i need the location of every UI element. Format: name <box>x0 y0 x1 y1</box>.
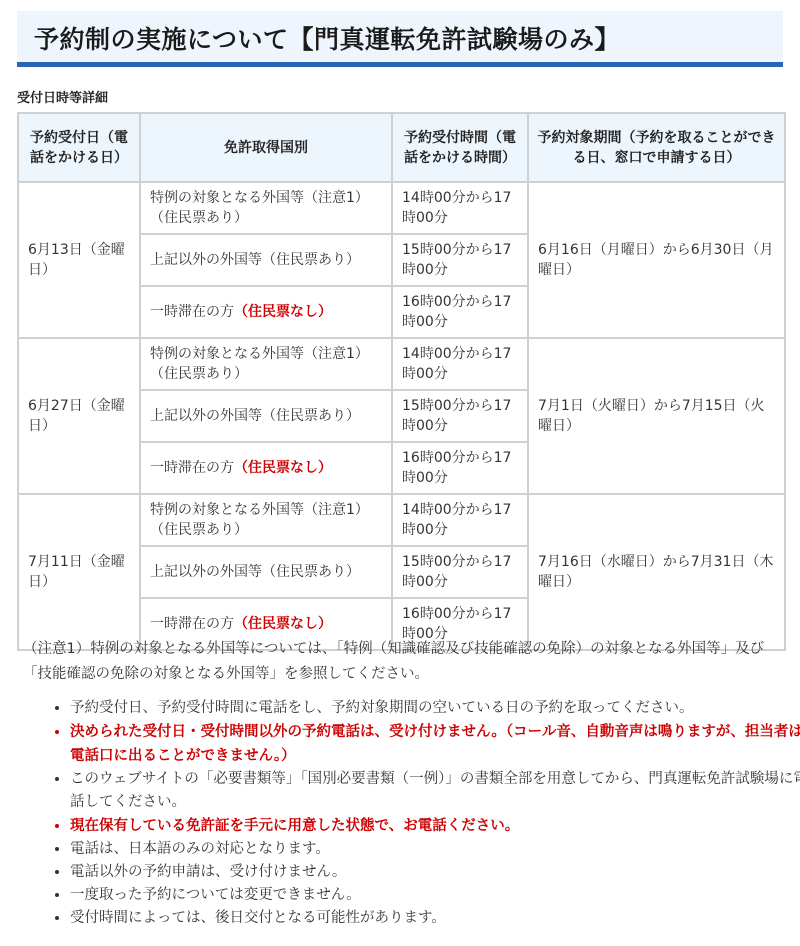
list-item: 電話以外の予約申請は、受け付けません。 <box>70 861 800 884</box>
footnote-note-1: （注意1）特例の対象となる外国等については、「特例（知識確認及び技能確認の免除）… <box>23 637 783 687</box>
section-subheading: 受付日時等詳細 <box>17 87 108 106</box>
license-category-cell: 特例の対象となる外国等（注意1）（住民票あり） <box>140 338 392 390</box>
instructions-list: 予約受付日、予約受付時間に電話をし、予約対象期間の空いている日の予約を取ってくだ… <box>50 697 800 930</box>
reception-time-cell: 14時00分から17時00分 <box>392 338 528 390</box>
target-period-cell: 7月1日（火曜日）から7月15日（火曜日） <box>528 338 785 494</box>
page-title: 予約制の実施について【門真運転免許試験場のみ】 <box>34 20 620 56</box>
reception-time-cell: 16時00分から17時00分 <box>392 286 528 338</box>
category-text: 一時滞在の方 <box>150 304 234 320</box>
page-header: 予約制の実施について【門真運転免許試験場のみ】 <box>17 11 783 67</box>
category-text: 特例の対象となる外国等（注意1）（住民票あり） <box>150 190 369 226</box>
category-text: 上記以外の外国等（住民票あり） <box>150 408 360 424</box>
license-category-cell: 上記以外の外国等（住民票あり） <box>140 546 392 598</box>
category-text: 特例の対象となる外国等（注意1）（住民票あり） <box>150 502 369 538</box>
table-header-row: 予約受付日（電話をかける日） 免許取得国別 予約受付時間（電話をかける時間） 予… <box>18 113 785 182</box>
column-header-target-period: 予約対象期間（予約を取ることができる日、窓口で申請する日） <box>528 113 785 182</box>
license-category-cell: 特例の対象となる外国等（注意1）（住民票あり） <box>140 182 392 234</box>
reservation-schedule-table: 予約受付日（電話をかける日） 免許取得国別 予約受付時間（電話をかける時間） 予… <box>17 112 786 651</box>
category-text: 上記以外の外国等（住民票あり） <box>150 252 360 268</box>
reception-date-cell: 7月11日（金曜日） <box>18 494 140 650</box>
category-text: 特例の対象となる外国等（注意1）（住民票あり） <box>150 346 369 382</box>
reception-time-cell: 15時00分から17時00分 <box>392 390 528 442</box>
license-category-cell: 一時滞在の方（住民票なし） <box>140 286 392 338</box>
license-category-cell: 一時滞在の方（住民票なし） <box>140 442 392 494</box>
reception-time-cell: 16時00分から17時00分 <box>392 442 528 494</box>
category-note-no-residence-record: （住民票なし） <box>234 304 332 320</box>
reception-date-cell: 6月13日（金曜日） <box>18 182 140 338</box>
list-item: 予約受付日、予約受付時間に電話をし、予約対象期間の空いている日の予約を取ってくだ… <box>70 697 800 720</box>
target-period-cell: 6月16日（月曜日）から6月30日（月曜日） <box>528 182 785 338</box>
target-period-cell: 7月16日（水曜日）から7月31日（木曜日） <box>528 494 785 650</box>
license-category-cell: 特例の対象となる外国等（注意1）（住民票あり） <box>140 494 392 546</box>
reception-time-cell: 14時00分から17時00分 <box>392 494 528 546</box>
category-text: 一時滞在の方 <box>150 460 234 476</box>
reception-time-cell: 15時00分から17時00分 <box>392 546 528 598</box>
list-item: 電話は、日本語のみの対応となります。 <box>70 838 800 861</box>
table-row: 7月11日（金曜日） 特例の対象となる外国等（注意1）（住民票あり） 14時00… <box>18 494 785 546</box>
license-category-cell: 上記以外の外国等（住民票あり） <box>140 234 392 286</box>
list-item: 一度取った予約については変更できません。 <box>70 884 800 907</box>
list-item: 受付時間によっては、後日交付となる可能性があります。 <box>70 907 800 930</box>
list-item: このウェブサイトの「必要書類等」「国別必要書類（一例）」の書類全部を用意してから… <box>70 768 800 814</box>
column-header-reception-date: 予約受付日（電話をかける日） <box>18 113 140 182</box>
category-note-no-residence-record: （住民票なし） <box>234 616 332 632</box>
category-text: 一時滞在の方 <box>150 616 234 632</box>
license-category-cell: 上記以外の外国等（住民票あり） <box>140 390 392 442</box>
category-note-no-residence-record: （住民票なし） <box>234 460 332 476</box>
column-header-reception-time: 予約受付時間（電話をかける時間） <box>392 113 528 182</box>
list-item-important: 決められた受付日・受付時間以外の予約電話は、受け付けません。（コール音、自動音声… <box>70 720 800 768</box>
category-text: 上記以外の外国等（住民票あり） <box>150 564 360 580</box>
list-item-important: 現在保有している免許証を手元に用意した状態で、お電話ください。 <box>70 814 800 838</box>
reception-date-cell: 6月27日（金曜日） <box>18 338 140 494</box>
table-row: 6月13日（金曜日） 特例の対象となる外国等（注意1）（住民票あり） 14時00… <box>18 182 785 234</box>
reception-time-cell: 15時00分から17時00分 <box>392 234 528 286</box>
column-header-license-country: 免許取得国別 <box>140 113 392 182</box>
reception-time-cell: 14時00分から17時00分 <box>392 182 528 234</box>
table-row: 6月27日（金曜日） 特例の対象となる外国等（注意1）（住民票あり） 14時00… <box>18 338 785 390</box>
